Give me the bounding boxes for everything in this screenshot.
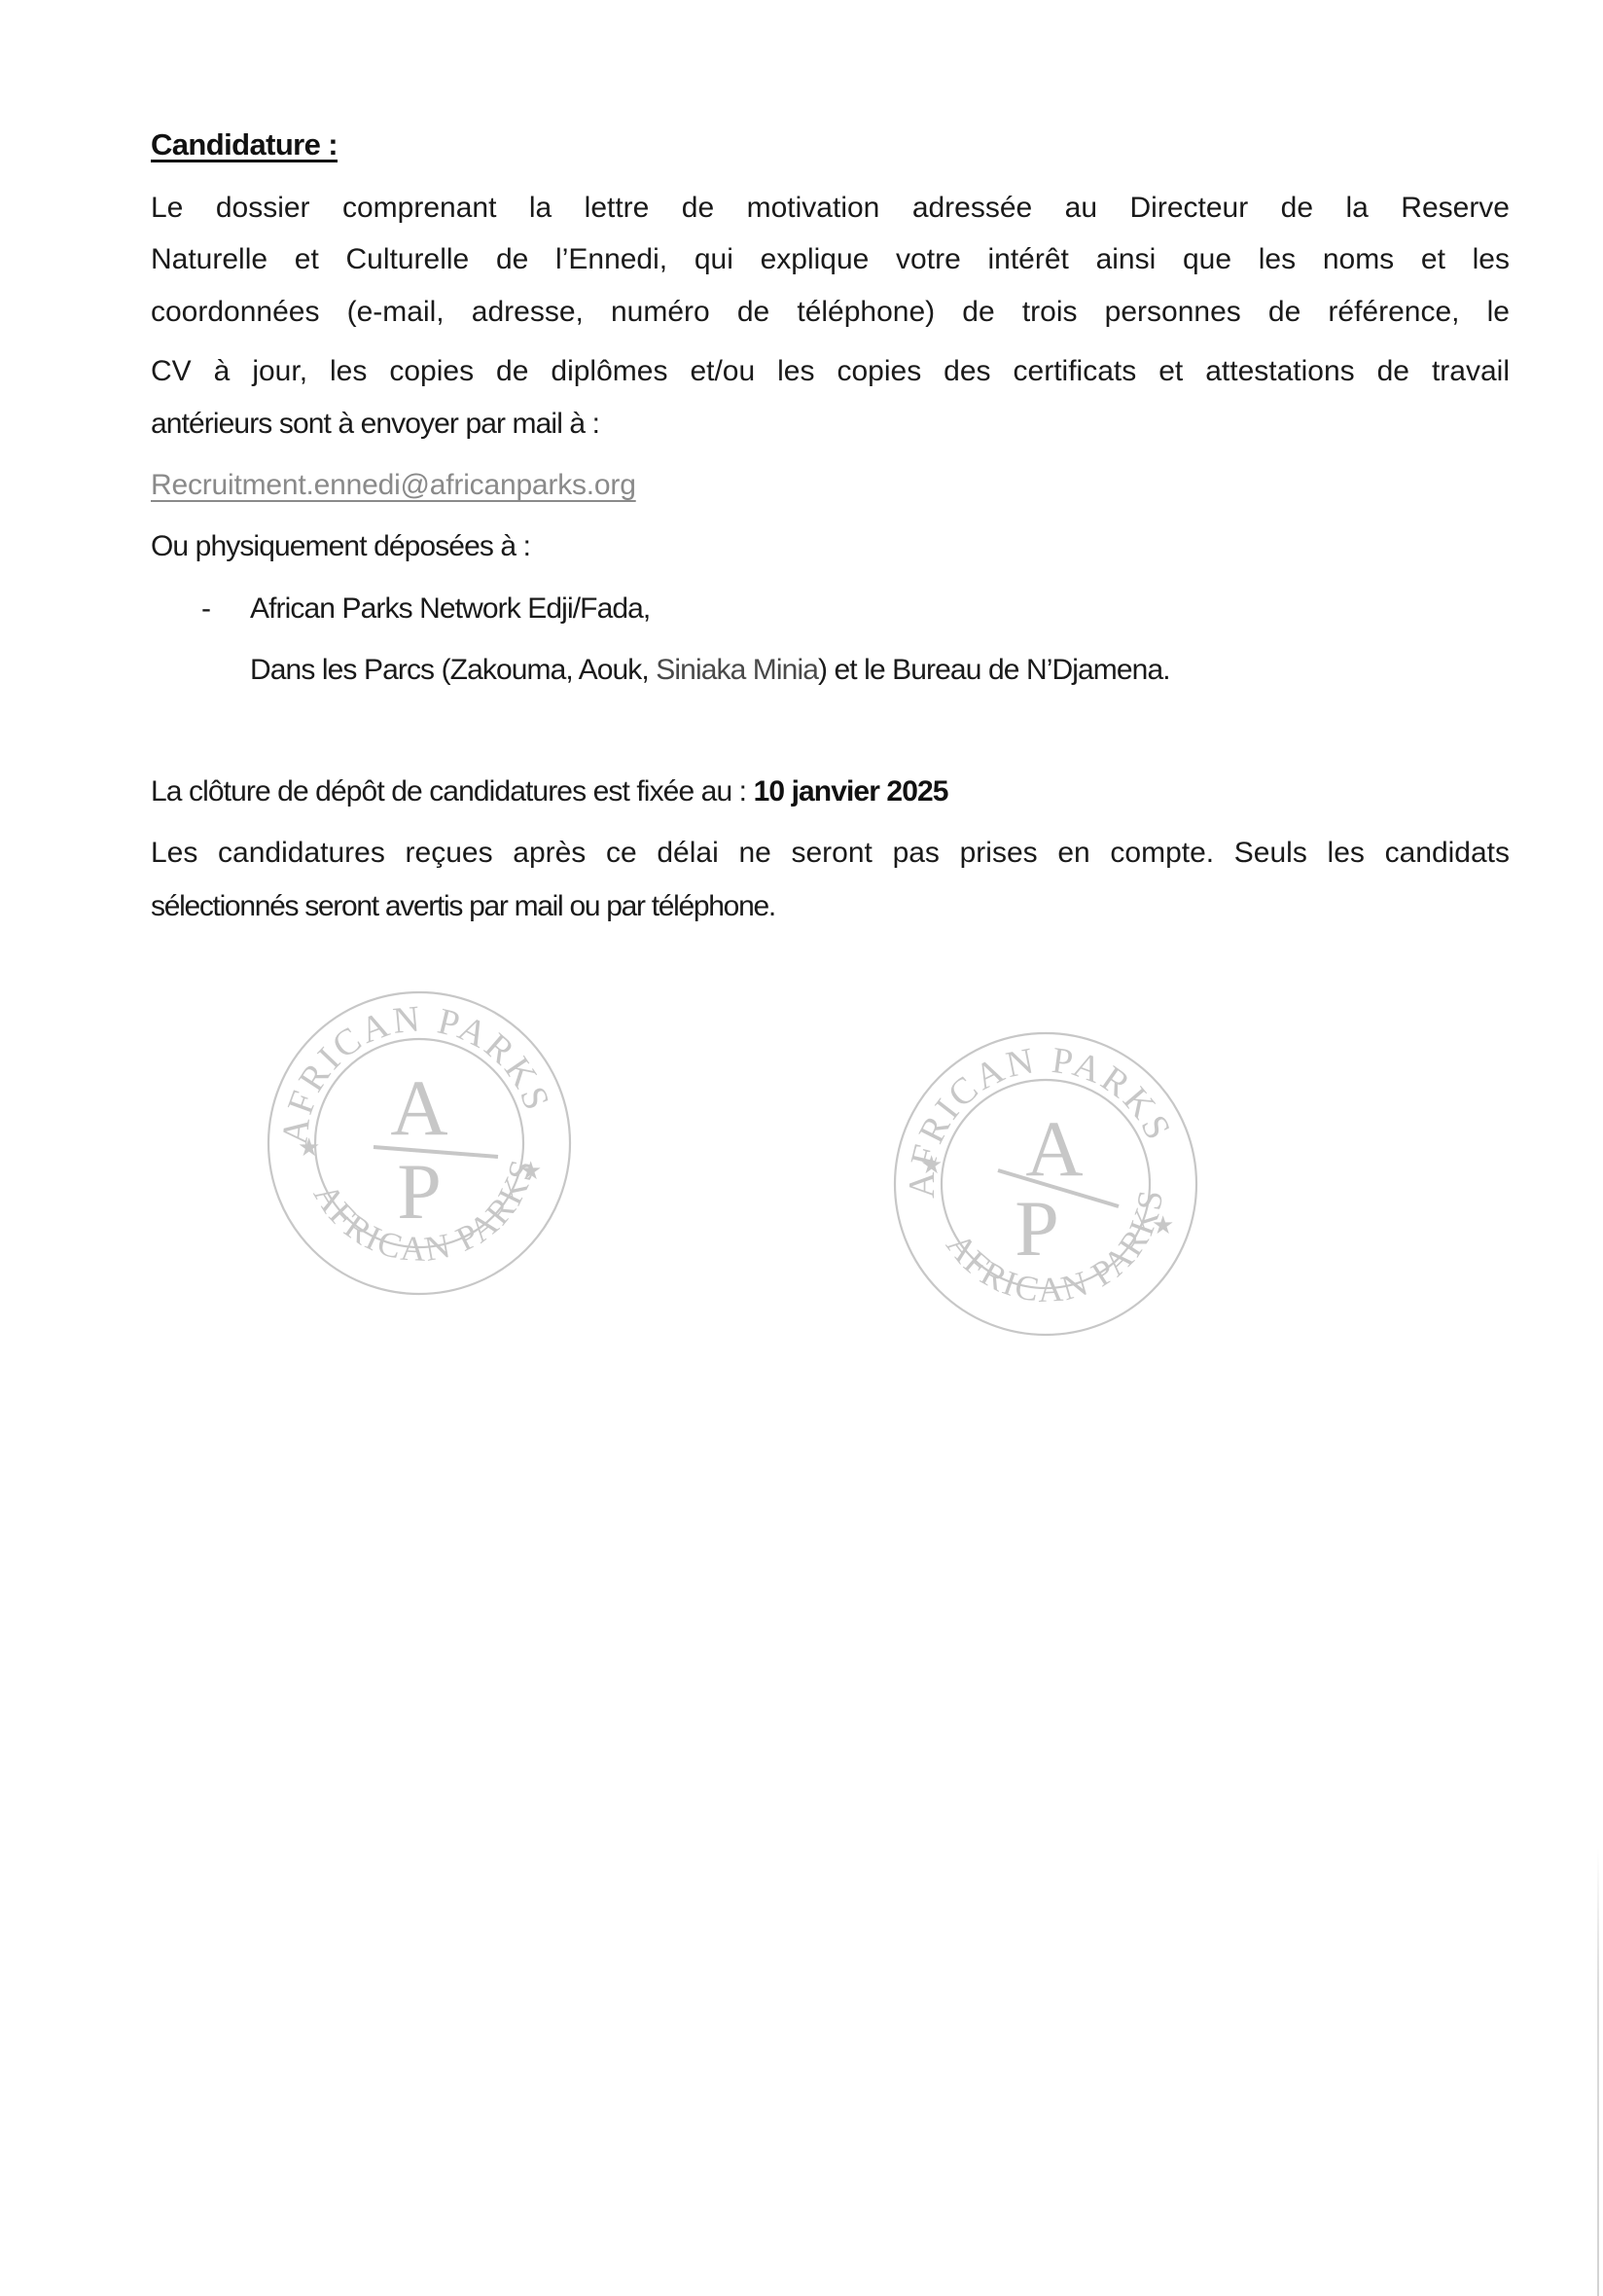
section-heading: Candidature : [151,130,338,160]
bullet-item-office: African Parks Network Edji/Fada, [250,594,650,624]
parks-text: Dans les Parcs (Zakouma, Aouk, [250,654,656,686]
svg-text:P: P [397,1147,442,1236]
deadline-label: La clôture de dépôt de candidatures est … [151,775,754,807]
star-icon: ★ [519,1157,542,1185]
document-page: Candidature : Le dossier comprenant la l… [0,0,1603,2296]
svg-text:P: P [1015,1184,1059,1273]
svg-text:A: A [390,1063,447,1152]
deadline-date: 10 janvier 2025 [754,775,948,807]
closing-line: sélectionnés seront avertis par mail ou … [151,892,775,921]
paragraph-line: Le dossier comprenant la lettre de motiv… [151,194,1510,223]
park-siniaka-minia: Siniaka Minia [656,654,818,686]
paragraph-line: Naturelle et Culturelle de l’Ennedi, qui… [151,245,1510,274]
bullet-continuation-parks: Dans les Parcs (Zakouma, Aouk, Siniaka M… [250,656,1170,685]
paragraph-line: coordonnées (e-mail, adresse, numéro de … [151,298,1510,327]
svg-text:AFRICAN PARKS: AFRICAN PARKS [935,1176,1192,1334]
scan-edge-artifact [1597,1848,1599,2296]
organization-stamp: AFRICAN PARKS AFRICAN PARKS ★ ★ A P [265,988,574,1298]
organization-stamp: AFRICAN PARKS AFRICAN PARKS ★ ★ A P [891,1029,1200,1339]
bullet-dash: - [201,594,211,624]
star-icon: ★ [920,1151,943,1179]
star-icon: ★ [298,1133,320,1162]
parks-text-end: ) et le Bureau de N’Djamena. [818,654,1170,686]
physical-delivery-intro: Ou physiquement déposées à : [151,532,530,561]
paragraph-line: CV à jour, les copies de diplômes et/ou … [151,357,1510,386]
stamp-seal-icon: AFRICAN PARKS AFRICAN PARKS ★ ★ A P [265,988,574,1298]
star-icon: ★ [1152,1211,1174,1239]
paragraph-line: antérieurs sont à envoyer par mail à : [151,410,599,439]
deadline-line: La clôture de dépôt de candidatures est … [151,777,948,807]
closing-line: Les candidatures reçues après ce délai n… [151,839,1510,868]
email-link[interactable]: Recruitment.ennedi@africanparks.org [151,471,636,500]
stamp-seal-icon: AFRICAN PARKS AFRICAN PARKS ★ ★ A P [891,1029,1200,1339]
